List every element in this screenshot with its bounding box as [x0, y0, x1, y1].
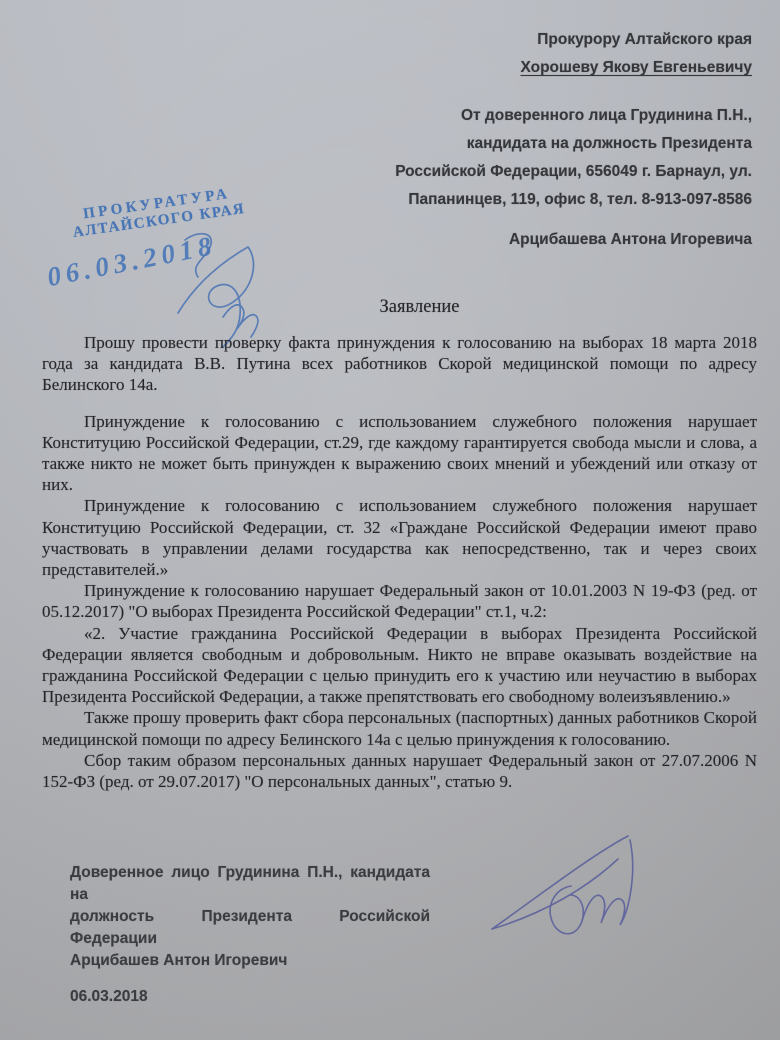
- signoff-block: Доверенное лицо Грудинина П.Н., кандидат…: [70, 862, 430, 1008]
- body-paragraph: «2. Участие гражданина Российской Федера…: [42, 623, 757, 708]
- body-paragraph: Прошу провести проверку факта принуждени…: [42, 332, 757, 396]
- prosecutor-stamp: ПРОКУРАТУРА АЛТАЙСКОГО КРАЯ: [49, 181, 268, 245]
- document-photo: Прокурору Алтайского края Хорошеву Якову…: [0, 0, 780, 1040]
- applicant-name: Арцибашева Антона Игоревича: [332, 226, 752, 254]
- body-paragraph: Также прошу проверить факт сбора персона…: [42, 707, 757, 749]
- sender-line: Российской Федерации, 656049 г. Барнаул,…: [332, 158, 752, 186]
- body-paragraph: Сбор таким образом персональных данных н…: [42, 750, 757, 792]
- sender-line: кандидата на должность Президента: [332, 130, 752, 158]
- document-title: Заявление: [42, 297, 757, 318]
- document-body: Прошу провести проверку факта принуждени…: [42, 332, 757, 792]
- signoff-line: должность Президента Российской Федераци…: [70, 906, 430, 950]
- signoff-line: Арцибашев Антон Игоревич: [70, 950, 430, 972]
- signoff-line: Доверенное лицо Грудинина П.Н., кандидат…: [70, 862, 430, 906]
- body-paragraph: Принуждение к голосованию с использовани…: [42, 411, 757, 496]
- signoff-date: 06.03.2018: [70, 986, 430, 1008]
- sender-line: От доверенного лица Грудинина П.Н.,: [332, 102, 752, 130]
- addressee-block: Прокурору Алтайского края Хорошеву Якову…: [332, 26, 752, 254]
- sender-block: От доверенного лица Грудинина П.Н., канд…: [332, 102, 752, 214]
- body-paragraph: Принуждение к голосованию нарушает Федер…: [42, 580, 757, 622]
- recipient-title-line: Прокурору Алтайского края: [332, 26, 752, 54]
- applicant-signature: [470, 815, 710, 965]
- body-paragraph: Принуждение к голосованию с использовани…: [42, 495, 757, 580]
- sender-line: Папанинцев, 119, офис 8, тел. 8-913-097-…: [332, 186, 752, 214]
- recipient-name-line: Хорошеву Якову Евгеньевичу: [332, 54, 752, 82]
